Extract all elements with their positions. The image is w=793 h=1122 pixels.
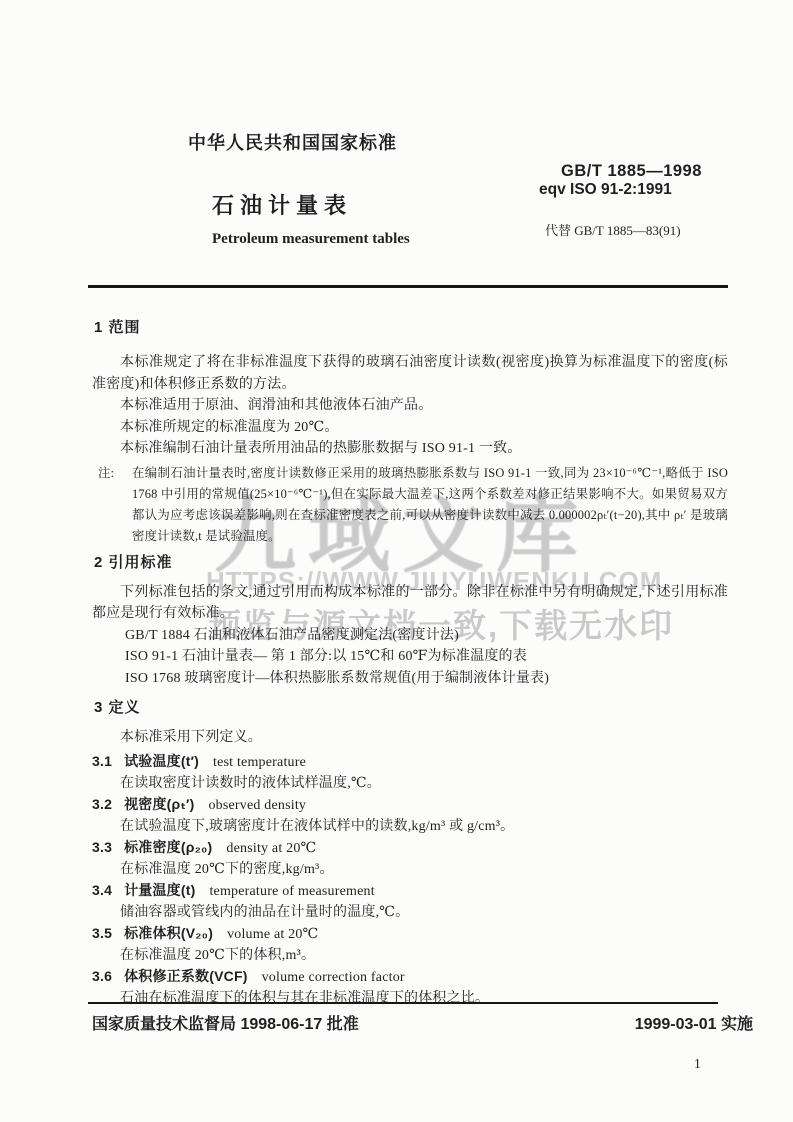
definition-description: 在试验温度下,玻璃密度计在液体试样中的读数,kg/m³ 或 g/cm³。 <box>92 816 728 837</box>
definition-description: 储油容器或管线内的油品在计量时的温度,℃。 <box>92 902 728 923</box>
definition-term-zh: 标准体积(V₂₀) <box>124 925 213 941</box>
definition-term-en: density at 20℃ <box>226 841 316 856</box>
definition-term-zh: 视密度(ρₜ′) <box>124 796 194 812</box>
section-1-paragraph: 本标准规定了将在非标准温度下获得的玻璃石油密度计读数(视密度)换算为标准温度下的… <box>92 352 728 395</box>
header-divider-rule <box>88 285 728 288</box>
replaces-standard: 代替 GB/T 1885—83(91) <box>545 220 681 239</box>
definition-item: 3.3标准密度(ρ₂₀)density at 20℃ 在标准温度 20℃下的密度… <box>92 837 728 880</box>
definition-description: 在读取密度计读数时的液体试样温度,℃。 <box>92 773 728 794</box>
definition-number: 3.3 <box>92 839 112 855</box>
section-2-intro: 下列标准包括的条文,通过引用而构成本标准的一部分。除非在标准中另有明确规定,下述… <box>92 582 728 625</box>
note-text: 在编制石油计量表时,密度计读数修正采用的玻璃热膨胀系数与 ISO 91-1 一致… <box>132 466 728 543</box>
definition-term-zh: 体积修正系数(VCF) <box>124 968 248 984</box>
definition-number: 3.6 <box>92 968 112 984</box>
document-page: 九域文库 HTTPS://WWW.JIUYUWENKU.COM 预览与源文档一致… <box>0 0 793 1122</box>
section-2-heading: 2 引用标准 <box>94 553 728 573</box>
document-title-zh: 石油计量表 <box>212 189 352 220</box>
referenced-standard: GB/T 1884 石油和液体石油产品密度测定法(密度计法) <box>92 625 728 647</box>
definition-term-en: temperature of measurement <box>209 884 374 899</box>
definition-term-zh: 计量温度(t) <box>124 882 195 898</box>
note-label: 注: <box>98 463 114 484</box>
page-number: 1 <box>694 1056 701 1072</box>
definition-head: 3.6体积修正系数(VCF)volume correction factor <box>92 966 728 988</box>
national-standard-label: 中华人民共和国国家标准 <box>188 129 397 155</box>
definition-head: 3.1试验温度(t′)test temperature <box>92 751 728 773</box>
definition-term-en: volume at 20℃ <box>227 927 318 942</box>
definition-term-en: volume correction factor <box>262 970 405 985</box>
footer-divider-rule <box>88 1002 718 1004</box>
definitions-list: 3.1试验温度(t′)test temperature 在读取密度计读数时的液体… <box>92 751 728 1009</box>
implementation-date: 1999-03-01 实施 <box>635 1011 753 1034</box>
referenced-standard: ISO 1768 玻璃密度计—体积热膨胀系数常规值(用于编制液体计量表) <box>92 668 728 690</box>
definition-item: 3.1试验温度(t′)test temperature 在读取密度计读数时的液体… <box>92 751 728 794</box>
definition-description: 在标准温度 20℃下的密度,kg/m³。 <box>92 859 728 880</box>
definition-head: 3.3标准密度(ρ₂₀)density at 20℃ <box>92 837 728 859</box>
definition-description: 在标准温度 20℃下的体积,m³。 <box>92 945 728 966</box>
definition-term-en: test temperature <box>213 755 306 770</box>
section-3-heading: 3 定义 <box>94 698 728 718</box>
definition-term-en: observed density <box>208 798 306 813</box>
definition-description: 石油在标准温度下的体积与其在非标准温度下的体积之比。 <box>92 988 728 1009</box>
document-body: 1 范围 本标准规定了将在非标准温度下获得的玻璃石油密度计读数(视密度)换算为标… <box>92 312 728 1009</box>
section-3-intro: 本标准采用下列定义。 <box>92 727 728 749</box>
definition-number: 3.5 <box>92 925 112 941</box>
section-1-note: 注: 在编制石油计量表时,密度计读数修正采用的玻璃热膨胀系数与 ISO 91-1… <box>92 463 728 547</box>
equivalent-standard: eqv ISO 91-2:1991 <box>539 181 672 199</box>
definition-number: 3.1 <box>92 753 112 769</box>
definition-item: 3.4计量温度(t)temperature of measurement 储油容… <box>92 880 728 923</box>
approval-authority-date: 国家质量技术监督局 1998-06-17 批准 <box>92 1011 359 1034</box>
definition-number: 3.2 <box>92 796 112 812</box>
definition-number: 3.4 <box>92 882 112 898</box>
standard-number: GB/T 1885—1998 <box>561 162 702 181</box>
section-1-paragraph: 本标准适用于原油、润滑油和其他液体石油产品。 <box>92 395 728 417</box>
definition-head: 3.5标准体积(V₂₀)volume at 20℃ <box>92 923 728 945</box>
referenced-standard: ISO 91-1 石油计量表— 第 1 部分:以 15℃和 60℉为标准温度的表 <box>92 646 728 668</box>
section-1-heading: 1 范围 <box>94 318 728 338</box>
section-1-paragraph: 本标准编制石油计量表所用油品的热膨胀数据与 ISO 91-1 一致。 <box>92 438 728 460</box>
definition-term-zh: 标准密度(ρ₂₀) <box>124 839 212 855</box>
definition-item: 3.2视密度(ρₜ′)observed density 在试验温度下,玻璃密度计… <box>92 794 728 837</box>
definition-head: 3.4计量温度(t)temperature of measurement <box>92 880 728 902</box>
section-1-paragraph: 本标准所规定的标准温度为 20℃。 <box>92 417 728 439</box>
definition-item: 3.5标准体积(V₂₀)volume at 20℃ 在标准温度 20℃下的体积,… <box>92 923 728 966</box>
definition-head: 3.2视密度(ρₜ′)observed density <box>92 794 728 816</box>
definition-term-zh: 试验温度(t′) <box>124 753 199 769</box>
document-title-en: Petroleum measurement tables <box>212 231 410 248</box>
